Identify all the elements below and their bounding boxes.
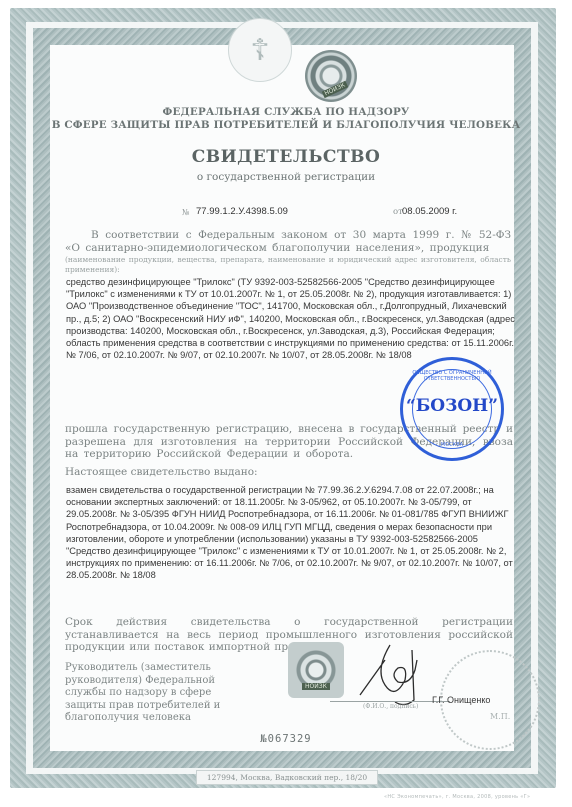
russian-coat-of-arms-icon: ☦ — [228, 18, 292, 82]
company-stamp: ОБЩЕСТВО С ОГРАНИЧЕННОЙ ОТВЕТСТВЕННОСТЬЮ… — [400, 357, 504, 461]
certificate-page: ☦ НОИЗК ФЕДЕРАЛЬНАЯ СЛУЖБА ПО НАДЗОРУ В … — [0, 0, 572, 807]
agency-name-line1: ФЕДЕРАЛЬНАЯ СЛУЖБА ПО НАДЗОРУ — [0, 106, 572, 118]
agency-name-line2: В СФЕРЕ ЗАЩИТЫ ПРАВ ПОТРЕБИТЕЛЕЙ И БЛАГО… — [0, 119, 572, 131]
law-paragraph: В соответствии с Федеральным законом от … — [65, 229, 511, 254]
hologram-label: НОИЗК — [302, 683, 330, 690]
signature-caption: (Ф.И.О., подпись) — [363, 703, 418, 710]
signature-icon — [350, 640, 440, 710]
issued-label: Настоящее свидетельство выдано: — [65, 466, 258, 478]
registration-date: 08.05.2009 г. — [402, 206, 457, 217]
stamp-ring-text: ОБЩЕСТВО С ОГРАНИЧЕННОЙ ОТВЕТСТВЕННОСТЬЮ — [403, 370, 501, 382]
agency-address: 127994, Москва, Вадковский пер., 18/20 — [196, 770, 378, 785]
product-field-note: (наименование продукции, вещества, препа… — [65, 255, 511, 275]
product-description: средство дезинфицирующее "Трилокс" (ТУ 9… — [66, 276, 516, 361]
registration-number: 77.99.1.2.У.4398.5.09 — [196, 206, 288, 217]
document-title: СВИДЕТЕЛЬСТВО — [0, 147, 572, 167]
stamp-company-name: “БОЗОН” — [403, 396, 501, 416]
signer-name: Г.Г. Онищенко — [432, 695, 490, 705]
registration-number-label: № — [182, 208, 190, 217]
head-official-title: Руководитель (заместитель руководителя) … — [65, 662, 245, 725]
form-serial-number: №067329 — [0, 733, 572, 745]
document-subtitle: о государственной регистрации — [0, 171, 572, 183]
stamp-city: МОСКВА — [403, 442, 501, 448]
seal-text: М.П. — [490, 712, 510, 721]
issuance-basis: взамен свидетельства о государственной р… — [66, 484, 516, 582]
printer-note: «НС Экономпечать», г. Москва, 2008, уров… — [384, 794, 530, 800]
